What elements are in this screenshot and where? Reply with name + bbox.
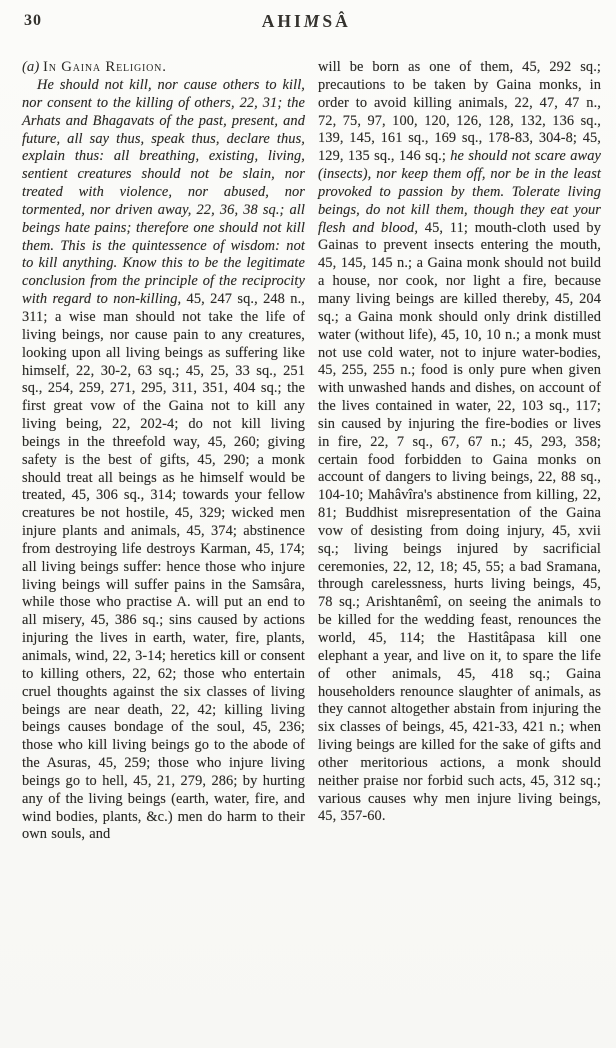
index-entry-text: 45, 247 sq., 248 n., 311; a wise man sho… xyxy=(22,291,305,842)
two-column-body: (a) In Gaina Religion. He should not kil… xyxy=(0,48,616,844)
index-entry-text: 45, 11; mouth-cloth used by Gainas to pr… xyxy=(318,220,601,825)
right-column-text: will be born as one of them, 45, 292 sq.… xyxy=(318,59,601,826)
section-heading-title: In Gaina Religion. xyxy=(43,59,167,75)
page-header: 30 AHIMSÂ xyxy=(0,0,616,48)
section-heading: (a) In Gaina Religion. xyxy=(22,59,305,76)
page-title-part: SÂ xyxy=(322,11,350,31)
page-number: 30 xyxy=(24,12,42,30)
section-heading-marker: (a) xyxy=(22,59,39,75)
quoted-passage: He should not kill, nor cause others to … xyxy=(22,77,305,307)
page-title: AHIMSÂ xyxy=(262,11,351,32)
page-title-part: AHI xyxy=(262,11,304,31)
left-column-text: He should not kill, nor cause others to … xyxy=(22,77,305,844)
right-column: will be born as one of them, 45, 292 sq.… xyxy=(318,50,601,844)
book-page: 30 AHIMSÂ (a) In Gaina Religion. He shou… xyxy=(0,0,616,1048)
page-title-italic-letter: M xyxy=(304,11,323,31)
left-column: (a) In Gaina Religion. He should not kil… xyxy=(22,50,305,844)
